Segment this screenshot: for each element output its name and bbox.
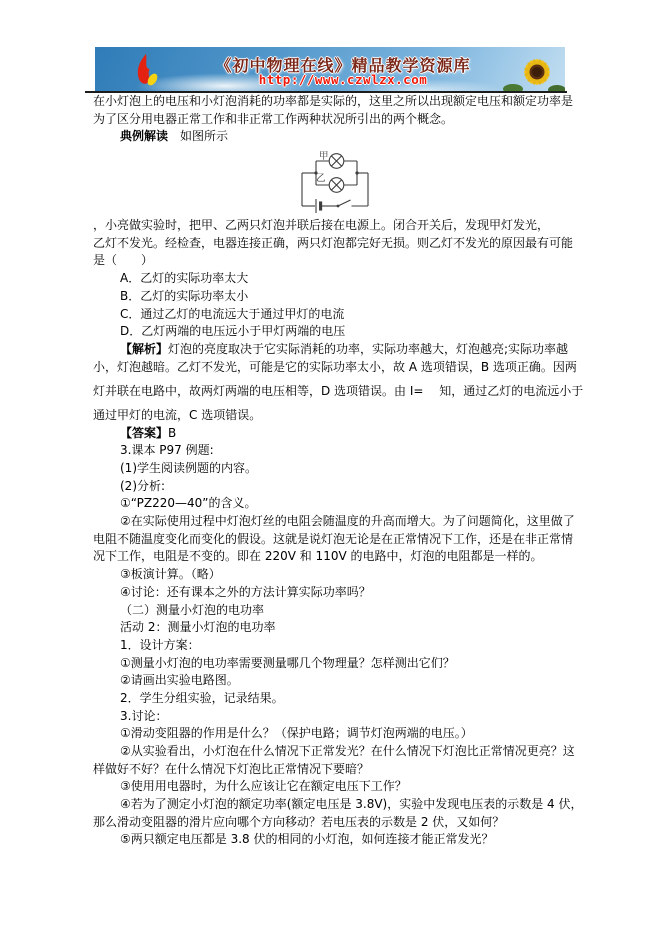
text-line: ②在实际使用过程中灯泡灯丝的电阻会随温度的升高而增大。为了问题简化，这里做了 bbox=[93, 513, 571, 531]
text-line: （二）测量小灯泡的电功率 bbox=[93, 602, 571, 620]
text-line: 3.讨论： bbox=[93, 708, 571, 726]
text-line: (2)分析: bbox=[93, 478, 571, 496]
switch-icon bbox=[338, 200, 351, 206]
bold-label: 【答案】 bbox=[120, 426, 168, 440]
site-banner: 《初中物理在线》精品教学资源库 http://www.czwlzx.com bbox=[95, 47, 565, 91]
text-line: 3.课本 P97 例题: bbox=[93, 442, 571, 460]
text-line: 为了区分用电器正常工作和非正常工作两种状况所引出的两个概念。 bbox=[93, 111, 571, 129]
text-line: 况下工作，电阻是不变的。即在 220V 和 110V 的电路中，灯泡的电阻都是一… bbox=[93, 548, 571, 566]
text-line: B．乙灯的实际功率太小 bbox=[93, 288, 571, 306]
paragraph-block: 在小灯泡上的电压和小灯泡消耗的功率都是实际的，这里之所以出现额定电压和额定功率是… bbox=[93, 93, 571, 146]
circuit-diagram: 甲 乙 bbox=[295, 150, 375, 214]
text-line: ②请画出实验电路图。 bbox=[93, 672, 571, 690]
text-line: 电阻不随温度变化而变化的假设。这就是说灯泡无论是在正常情况下工作，还是在非正常情 bbox=[93, 531, 571, 549]
text-line: ④讨论：还有课本之外的方法计算实际功率吗？ bbox=[93, 584, 571, 602]
text-line: ①“PZ220—40”的含义。 bbox=[93, 495, 571, 513]
switch-pivot-dot bbox=[337, 205, 340, 208]
text-line: 活动 2：测量小灯泡的电功率 bbox=[93, 619, 571, 637]
lamp-yi-icon bbox=[329, 178, 344, 193]
text-line: ③使用用电器时，为什么应该让它在额定电压下工作？ bbox=[93, 778, 571, 796]
text-line: 小，灯泡越暗。乙灯不发光，可能是它的实际功率太小，故 A 选项错误，B 选项正确… bbox=[93, 359, 571, 377]
text-line: 通过甲灯的电流，C 选项错误。 bbox=[93, 401, 571, 425]
flame-logo-icon bbox=[129, 53, 165, 89]
text-line: 样做好不好？在什么情况下灯泡比正常情况下要暗？ bbox=[93, 761, 571, 779]
text-line: D．乙灯两端的电压远小于甲灯两端的电压 bbox=[93, 323, 571, 341]
text-line: (1)学生阅读例题的内容。 bbox=[93, 460, 571, 478]
text-line: 乙灯不发光。经检查，电器连接正确，两只灯泡都完好无损。则乙灯不发光的原因最有可能 bbox=[93, 235, 571, 253]
bold-label: 典例解读 bbox=[120, 129, 168, 143]
text-line: 典例解读 如图所示 bbox=[93, 128, 571, 146]
text-line: 那么滑动变阻器的滑片应向哪个方向移动？若电压表的示数是 2 伏，又如何？ bbox=[93, 814, 571, 832]
sunflower-photo bbox=[501, 47, 565, 91]
text-line: 灯并联在电路中，故两灯两端的电压相等，D 选项错误。由 I= 知，通过乙灯的电流… bbox=[93, 376, 571, 401]
bold-label: 【解析】 bbox=[120, 342, 168, 356]
text-line: 2．学生分组实验，记录结果。 bbox=[93, 690, 571, 708]
text-line: ⑤两只额定电压都是 3.8 伏的相同的小灯泡，如何连接才能正常发光？ bbox=[93, 831, 571, 849]
text-line: ③板演计算。（略） bbox=[93, 566, 571, 584]
lamp-jia-icon bbox=[329, 154, 344, 169]
text-line: 在小灯泡上的电压和小灯泡消耗的功率都是实际的，这里之所以出现额定电压和额定功率是 bbox=[93, 93, 571, 111]
text-line: ④若为了测定小灯泡的额定功率(额定电压是 3.8V)，实验中发现电压表的示数是 … bbox=[93, 796, 571, 814]
text-line: ①滑动变阻器的作用是什么？（保护电路；调节灯泡两端的电压。） bbox=[93, 725, 571, 743]
lamp-jia-label: 甲 bbox=[319, 151, 329, 162]
paragraph-block: ，小亮做实验时，把甲、乙两只灯泡并联后接在电源上。闭合开关后，发现甲灯发光，乙灯… bbox=[93, 217, 571, 849]
banner-url: http://www.czwlzx.com bbox=[205, 72, 481, 87]
document-body: 在小灯泡上的电压和小灯泡消耗的功率都是实际的，这里之所以出现额定电压和额定功率是… bbox=[93, 93, 571, 849]
junction-dot bbox=[355, 171, 358, 174]
text-line: ①测量小灯泡的电功率需要测量哪几个物理量？怎样测出它们？ bbox=[93, 655, 571, 673]
text-line: ②从实验看出，小灯泡在什么情况下正常发光？在什么情况下灯泡比正常情况更亮？这 bbox=[93, 743, 571, 761]
text-line: C．通过乙灯的电流远大于通过甲灯的电流 bbox=[93, 306, 571, 324]
lamp-yi-label: 乙 bbox=[316, 173, 326, 184]
battery-icon bbox=[316, 199, 322, 213]
text-line: A．乙灯的实际功率太大 bbox=[93, 270, 571, 288]
text-line: 【答案】B bbox=[93, 425, 571, 443]
text-line: 1．设计方案： bbox=[93, 637, 571, 655]
text-line: 是（ ） bbox=[93, 252, 571, 270]
text-line: ，小亮做实验时，把甲、乙两只灯泡并联后接在电源上。闭合开关后，发现甲灯发光， bbox=[93, 217, 571, 235]
text-line: 【解析】灯泡的亮度取决于它实际消耗的功率，实际功率越大，灯泡越亮;实际功率越 bbox=[93, 341, 571, 359]
